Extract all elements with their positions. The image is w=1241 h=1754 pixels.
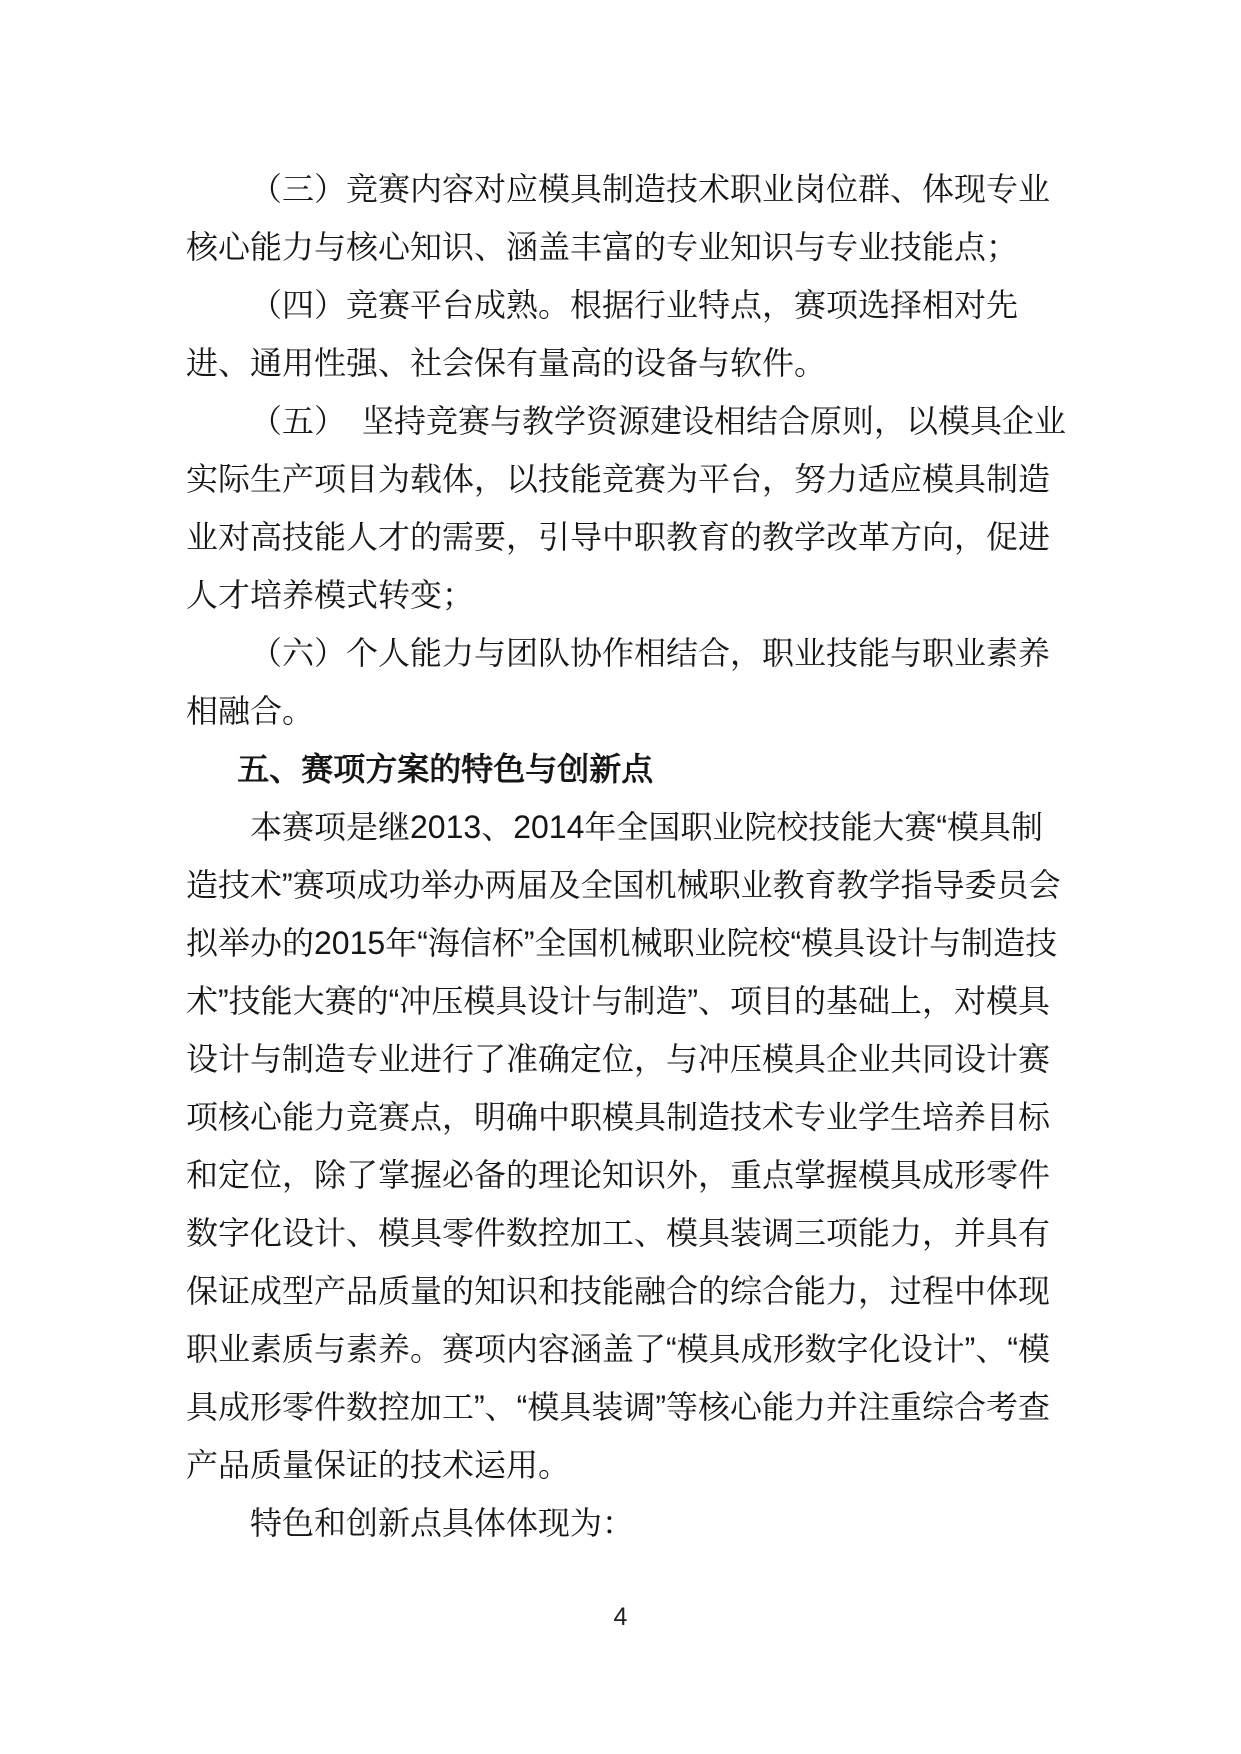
text-line: 和定位，除了掌握必备的理论知识外，重点掌握模具成形零件: [186, 1146, 1076, 1204]
text-line: （六）个人能力与团队协作相结合，职业技能与职业素养: [186, 624, 1076, 682]
text-line: 产品质量保证的技术运用。: [186, 1436, 1076, 1494]
text-line: 进、通用性强、社会保有量高的设备与软件。: [186, 334, 1076, 392]
text-line: 项核心能力竞赛点，明确中职模具制造技术专业学生培养目标: [186, 1088, 1076, 1146]
text-line: 拟举办的2015年“海信杯”全国机械职业院校“模具设计与制造技: [186, 914, 1076, 972]
text-line: 设计与制造专业进行了准确定位，与冲压模具企业共同设计赛: [186, 1030, 1076, 1088]
document-page: （三）竞赛内容对应模具制造技术职业岗位群、体现专业核心能力与核心知识、涵盖丰富的…: [0, 0, 1241, 1754]
text-line: （三）竞赛内容对应模具制造技术职业岗位群、体现专业: [186, 160, 1076, 218]
text-line: 核心能力与核心知识、涵盖丰富的专业知识与专业技能点；: [186, 218, 1076, 276]
text-line: 本赛项是继2013、2014年全国职业院校技能大赛“模具制: [186, 798, 1076, 856]
page-number: 4: [0, 1601, 1241, 1633]
text-line: 业对高技能人才的需要，引导中职教育的教学改革方向，促进: [186, 508, 1076, 566]
text-line: （四）竞赛平台成熟。根据行业特点，赛项选择相对先: [186, 276, 1076, 334]
text-line: 职业素质与素养。赛项内容涵盖了“模具成形数字化设计”、“模: [186, 1320, 1076, 1378]
text-line: 具成形零件数控加工”、“模具装调”等核心能力并注重综合考查: [186, 1378, 1076, 1436]
text-line: 实际生产项目为载体，以技能竞赛为平台，努力适应模具制造: [186, 450, 1076, 508]
text-line: 相融合。: [186, 682, 1076, 740]
text-line: 术”技能大赛的“冲压模具设计与制造”、项目的基础上，对模具: [186, 972, 1076, 1030]
section-heading: 五、赛项方案的特色与创新点: [186, 740, 1076, 798]
text-line: 人才培养模式转变；: [186, 566, 1076, 624]
text-line: 数字化设计、模具零件数控加工、模具装调三项能力，并具有: [186, 1204, 1076, 1262]
document-body: （三）竞赛内容对应模具制造技术职业岗位群、体现专业核心能力与核心知识、涵盖丰富的…: [186, 160, 1076, 1552]
text-line: 保证成型产品质量的知识和技能融合的综合能力，过程中体现: [186, 1262, 1076, 1320]
text-line: （五） 坚持竞赛与教学资源建设相结合原则，以模具企业: [186, 392, 1076, 450]
text-line: 特色和创新点具体体现为：: [186, 1494, 1076, 1552]
text-line: 造技术”赛项成功举办两届及全国机械职业教育教学指导委员会: [186, 856, 1076, 914]
